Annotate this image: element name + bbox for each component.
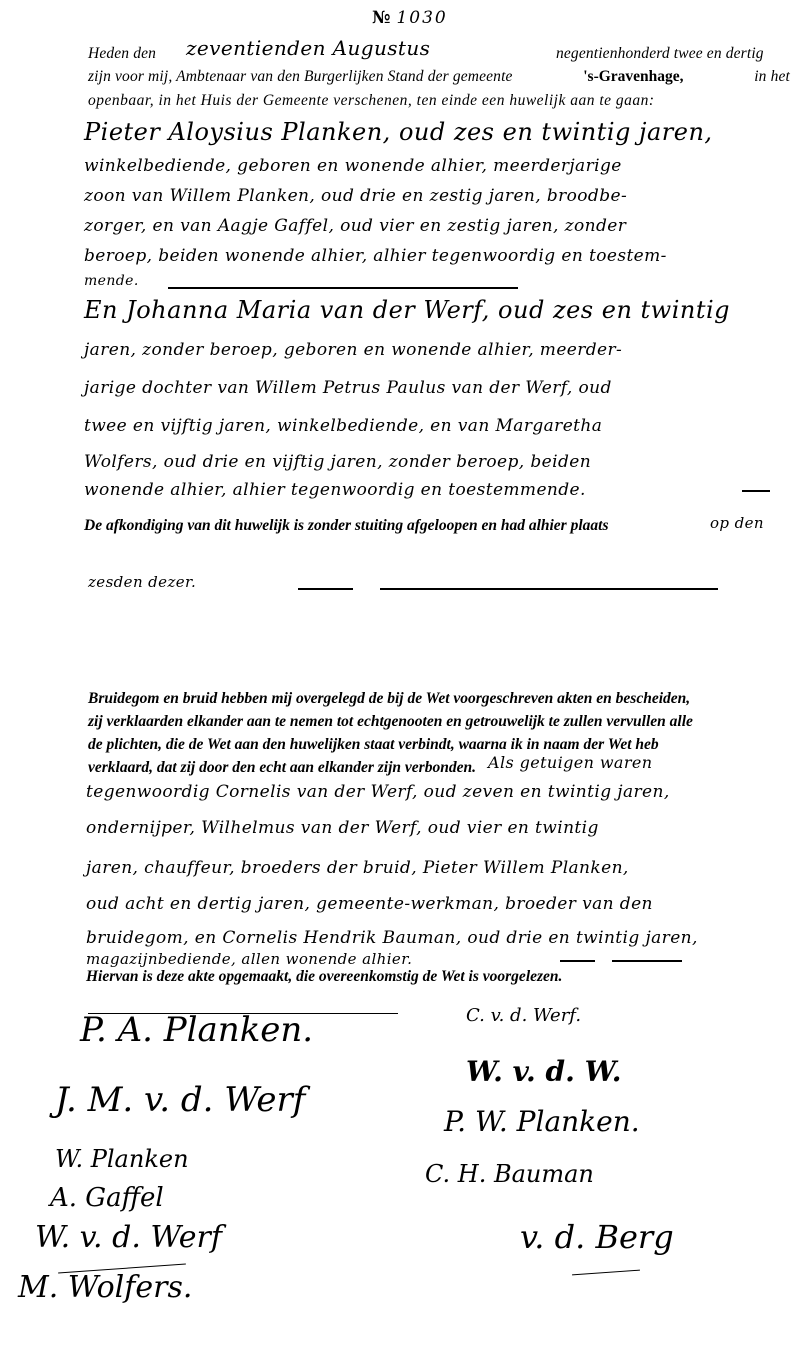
signature-groom-mother: A. Gaffel	[50, 1183, 164, 1213]
signature-witness-3: P. W. Planken.	[444, 1105, 640, 1138]
number-value: 1030	[396, 8, 447, 28]
groom-line-3: zoon van Willem Planken, oud drie en zes…	[84, 186, 627, 206]
declaration-line-1: Bruidegom en bruid hebben mij overgelegd…	[88, 690, 790, 708]
fill-rule	[168, 287, 518, 289]
opening-line-2a: zijn voor mij, Ambtenaar van den Burgerl…	[88, 68, 513, 86]
groom-line-1: Pieter Aloysius Planken, oud zes en twin…	[84, 118, 713, 146]
handwritten-date: zeventienden Augustus	[186, 36, 430, 60]
opening-line-2: zijn voor mij, Ambtenaar van den Burgerl…	[88, 68, 790, 86]
bride-line-1: En Johanna Maria van der Werf, oud zes e…	[84, 296, 730, 324]
opening-city: 's-Gravenhage,	[583, 68, 683, 86]
bride-line-6: wonende alhier, alhier tegenwoordig en t…	[84, 480, 586, 500]
bride-line-3: jarige dochter van Willem Petrus Paulus …	[84, 378, 612, 398]
bride-line-2: jaren, zonder beroep, geboren en wonende…	[84, 340, 622, 360]
signature-flourish	[572, 1270, 640, 1276]
witnesses-line-4: jaren, chauffeur, broeders der bruid, Pi…	[86, 858, 629, 878]
bride-line-5: Wolfers, oud drie en vijftig jaren, zond…	[84, 452, 591, 472]
fill-rule	[612, 960, 682, 962]
opening-prefix: Heden den	[88, 45, 156, 63]
proclamation-hand-a: op den	[710, 514, 764, 532]
fill-rule	[298, 588, 353, 590]
signature-groom-father: W. Planken	[55, 1145, 189, 1173]
bride-line-4: twee en vijftig jaren, winkelbediende, e…	[84, 416, 602, 436]
groom-line-6: mende.	[84, 273, 139, 289]
fill-rule	[742, 490, 770, 492]
signature-witness-4: C. H. Bauman	[425, 1160, 594, 1188]
witnesses-line-3: ondernijper, Wilhelmus van der Werf, oud…	[86, 818, 599, 838]
signature-registrar: v. d. Berg	[520, 1218, 674, 1256]
signature-witness-2: W. v. d. W.	[466, 1055, 621, 1088]
opening-line-2b: in het	[754, 68, 790, 86]
declaration-line-3: de plichten, die de Wet aan den huwelijk…	[88, 736, 790, 754]
witnesses-line-6: bruidegom, en Cornelis Hendrik Bauman, o…	[86, 928, 698, 948]
witnesses-line-1: Als getuigen waren	[488, 753, 653, 772]
closing-printed: Hiervan is deze akte opgemaakt, die over…	[86, 968, 562, 986]
declaration-line-4: verklaard, dat zij door den echt aan elk…	[88, 759, 790, 777]
proclamation-printed: De afkondiging van dit huwelijk is zonde…	[84, 517, 609, 535]
proclamation-hand-b: zesden dezer.	[88, 573, 196, 591]
fill-rule	[380, 588, 718, 590]
signature-bride: J. M. v. d. Werf	[55, 1080, 305, 1120]
opening-year: negentienhonderd twee en dertig	[556, 45, 764, 63]
witnesses-line-5: oud acht en dertig jaren, gemeente-werkm…	[86, 894, 653, 914]
certificate-number: №1030	[372, 8, 448, 28]
witnesses-line-2: tegenwoordig Cornelis van der Werf, oud …	[86, 782, 670, 802]
number-label: №	[372, 8, 390, 28]
groom-line-5: beroep, beiden wonende alhier, alhier te…	[84, 246, 667, 266]
signature-bride-mother: M. Wolfers.	[18, 1270, 192, 1305]
witnesses-line-7: magazijnbediende, allen wonende alhier.	[86, 950, 412, 968]
signature-witness-1: C. v. d. Werf.	[466, 1005, 581, 1026]
signature-bride-father: W. v. d. Werf	[35, 1220, 222, 1255]
groom-line-2: winkelbediende, geboren en wonende alhie…	[84, 156, 622, 176]
declaration-line-2: zij verklaarden elkander aan te nemen to…	[88, 713, 790, 731]
signature-groom: P. A. Planken.	[80, 1010, 313, 1050]
declaration-block: Bruidegom en bruid hebben mij overgelegd…	[88, 690, 790, 777]
groom-line-4: zorger, en van Aagje Gaffel, oud vier en…	[84, 216, 626, 236]
opening-line-3: openbaar, in het Huis der Gemeente versc…	[88, 92, 655, 110]
fill-rule	[560, 960, 595, 962]
